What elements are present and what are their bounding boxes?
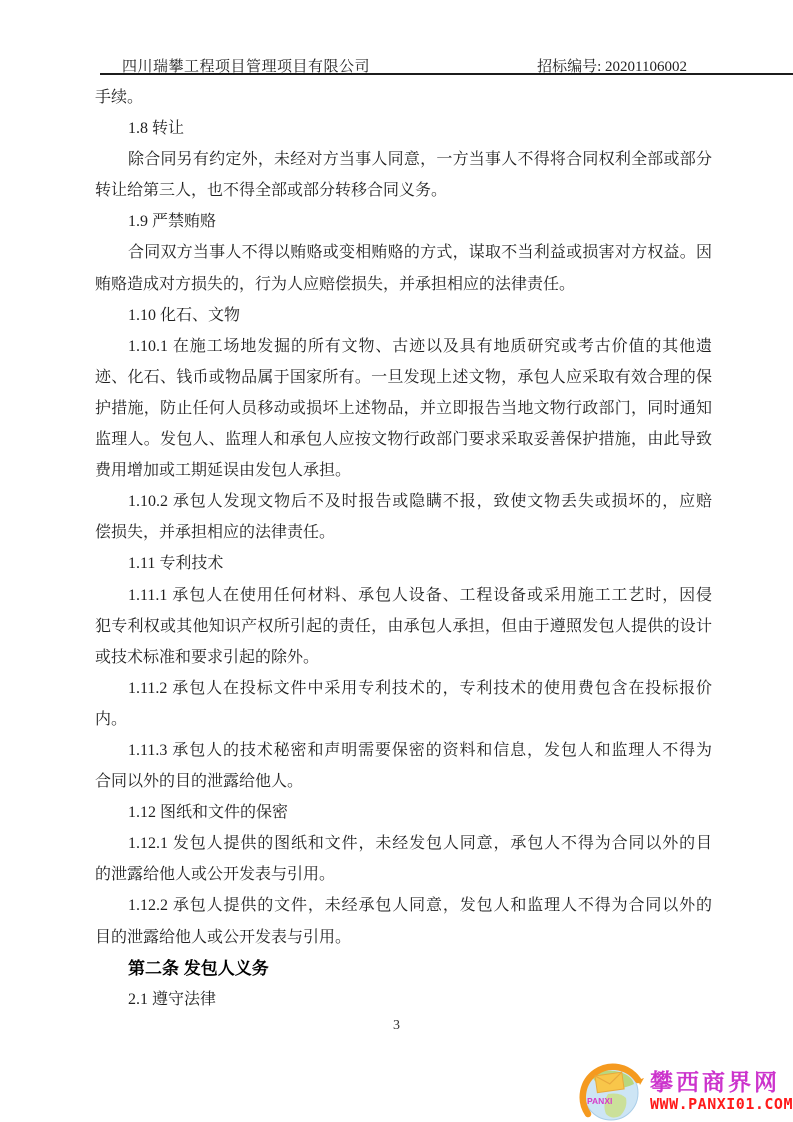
header-rule — [100, 73, 793, 75]
text-line: 1.12.1 发包人提供的图纸和文件，未经发包人同意，承包人不得为合同以外的目 — [95, 828, 712, 859]
text-line: 的泄露给他人或公开发表与引用。 — [95, 859, 712, 890]
text-line: 1.10 化石、文物 — [95, 300, 712, 331]
text-line: 合同以外的目的泄露给他人。 — [95, 766, 712, 797]
text-line: 1.12 图纸和文件的保密 — [95, 797, 712, 828]
text-line: 偿损失，并承担相应的法律责任。 — [95, 517, 712, 548]
text-line: 1.10.2 承包人发现文物后不及时报告或隐瞒不报，致使文物丢失或损坏的，应赔 — [95, 486, 712, 517]
text-line: 1.11 专利技术 — [95, 548, 712, 579]
text-line: 目的泄露给他人或公开发表与引用。 — [95, 922, 712, 953]
text-line: 内。 — [95, 704, 712, 735]
text-line: 费用增加或工期延误由发包人承担。 — [95, 455, 712, 486]
text-line: 1.11.1 承包人在使用任何材料、承包人设备、工程设备或采用施工工艺时，因侵 — [95, 580, 712, 611]
text-line: 或技术标准和要求引起的除外。 — [95, 642, 712, 673]
document-body: 手续。1.8 转让除合同另有约定外，未经对方当事人同意，一方当事人不得将合同权利… — [95, 82, 712, 1015]
text-line: 手续。 — [95, 82, 712, 113]
watermark-text: 攀西商界网 WWW.PANXI01.COM — [650, 1069, 793, 1113]
text-line: 合同双方当事人不得以贿赂或变相贿赂的方式，谋取不当利益或损害对方权益。因 — [95, 237, 712, 268]
logo-text: PANXI — [587, 1096, 612, 1106]
text-line: 转让给第三人，也不得全部或部分转移合同义务。 — [95, 175, 712, 206]
text-line: 护措施，防止任何人员移动或损坏上述物品，并立即报告当地文物行政部门，同时通知 — [95, 393, 712, 424]
text-line: 1.10.1 在施工场地发掘的所有文物、古迹以及具有地质研究或考古价值的其他遗 — [95, 331, 712, 362]
page-number: 3 — [0, 1018, 793, 1034]
text-line: 监理人。发包人、监理人和承包人应按文物行政部门要求采取妥善保护措施，由此导致 — [95, 424, 712, 455]
text-line: 除合同另有约定外，未经对方当事人同意，一方当事人不得将合同权利全部或部分 — [95, 144, 712, 175]
site-name: 攀西商界网 — [650, 1069, 780, 1095]
globe-logo-icon: PANXI — [574, 1060, 648, 1122]
text-line: 1.12.2 承包人提供的文件，未经承包人同意，发包人和监理人不得为合同以外的 — [95, 890, 712, 921]
watermark: PANXI 攀西商界网 WWW.PANXI01.COM — [574, 1060, 793, 1122]
text-line: 1.11.3 承包人的技术秘密和声明需要保密的资料和信息，发包人和监理人不得为 — [95, 735, 712, 766]
text-line: 1.9 严禁贿赂 — [95, 206, 712, 237]
text-line: 1.8 转让 — [95, 113, 712, 144]
text-line: 1.11.2 承包人在投标文件中采用专利技术的，专利技术的使用费包含在投标报价 — [95, 673, 712, 704]
text-line: 迹、化石、钱币或物品属于国家所有。一旦发现上述文物，承包人应采取有效合理的保 — [95, 362, 712, 393]
text-line: 第二条 发包人义务 — [95, 953, 712, 984]
text-line: 2.1 遵守法律 — [95, 984, 712, 1015]
text-line: 犯专利权或其他知识产权所引起的责任，由承包人承担，但由于遵照发包人提供的设计 — [95, 611, 712, 642]
site-url: WWW.PANXI01.COM — [650, 1095, 793, 1113]
document-page: 四川瑞攀工程项目管理项目有限公司 招标编号: 20201106002 手续。1.… — [0, 0, 793, 1122]
text-line: 贿赂造成对方损失的，行为人应赔偿损失，并承担相应的法律责任。 — [95, 269, 712, 300]
